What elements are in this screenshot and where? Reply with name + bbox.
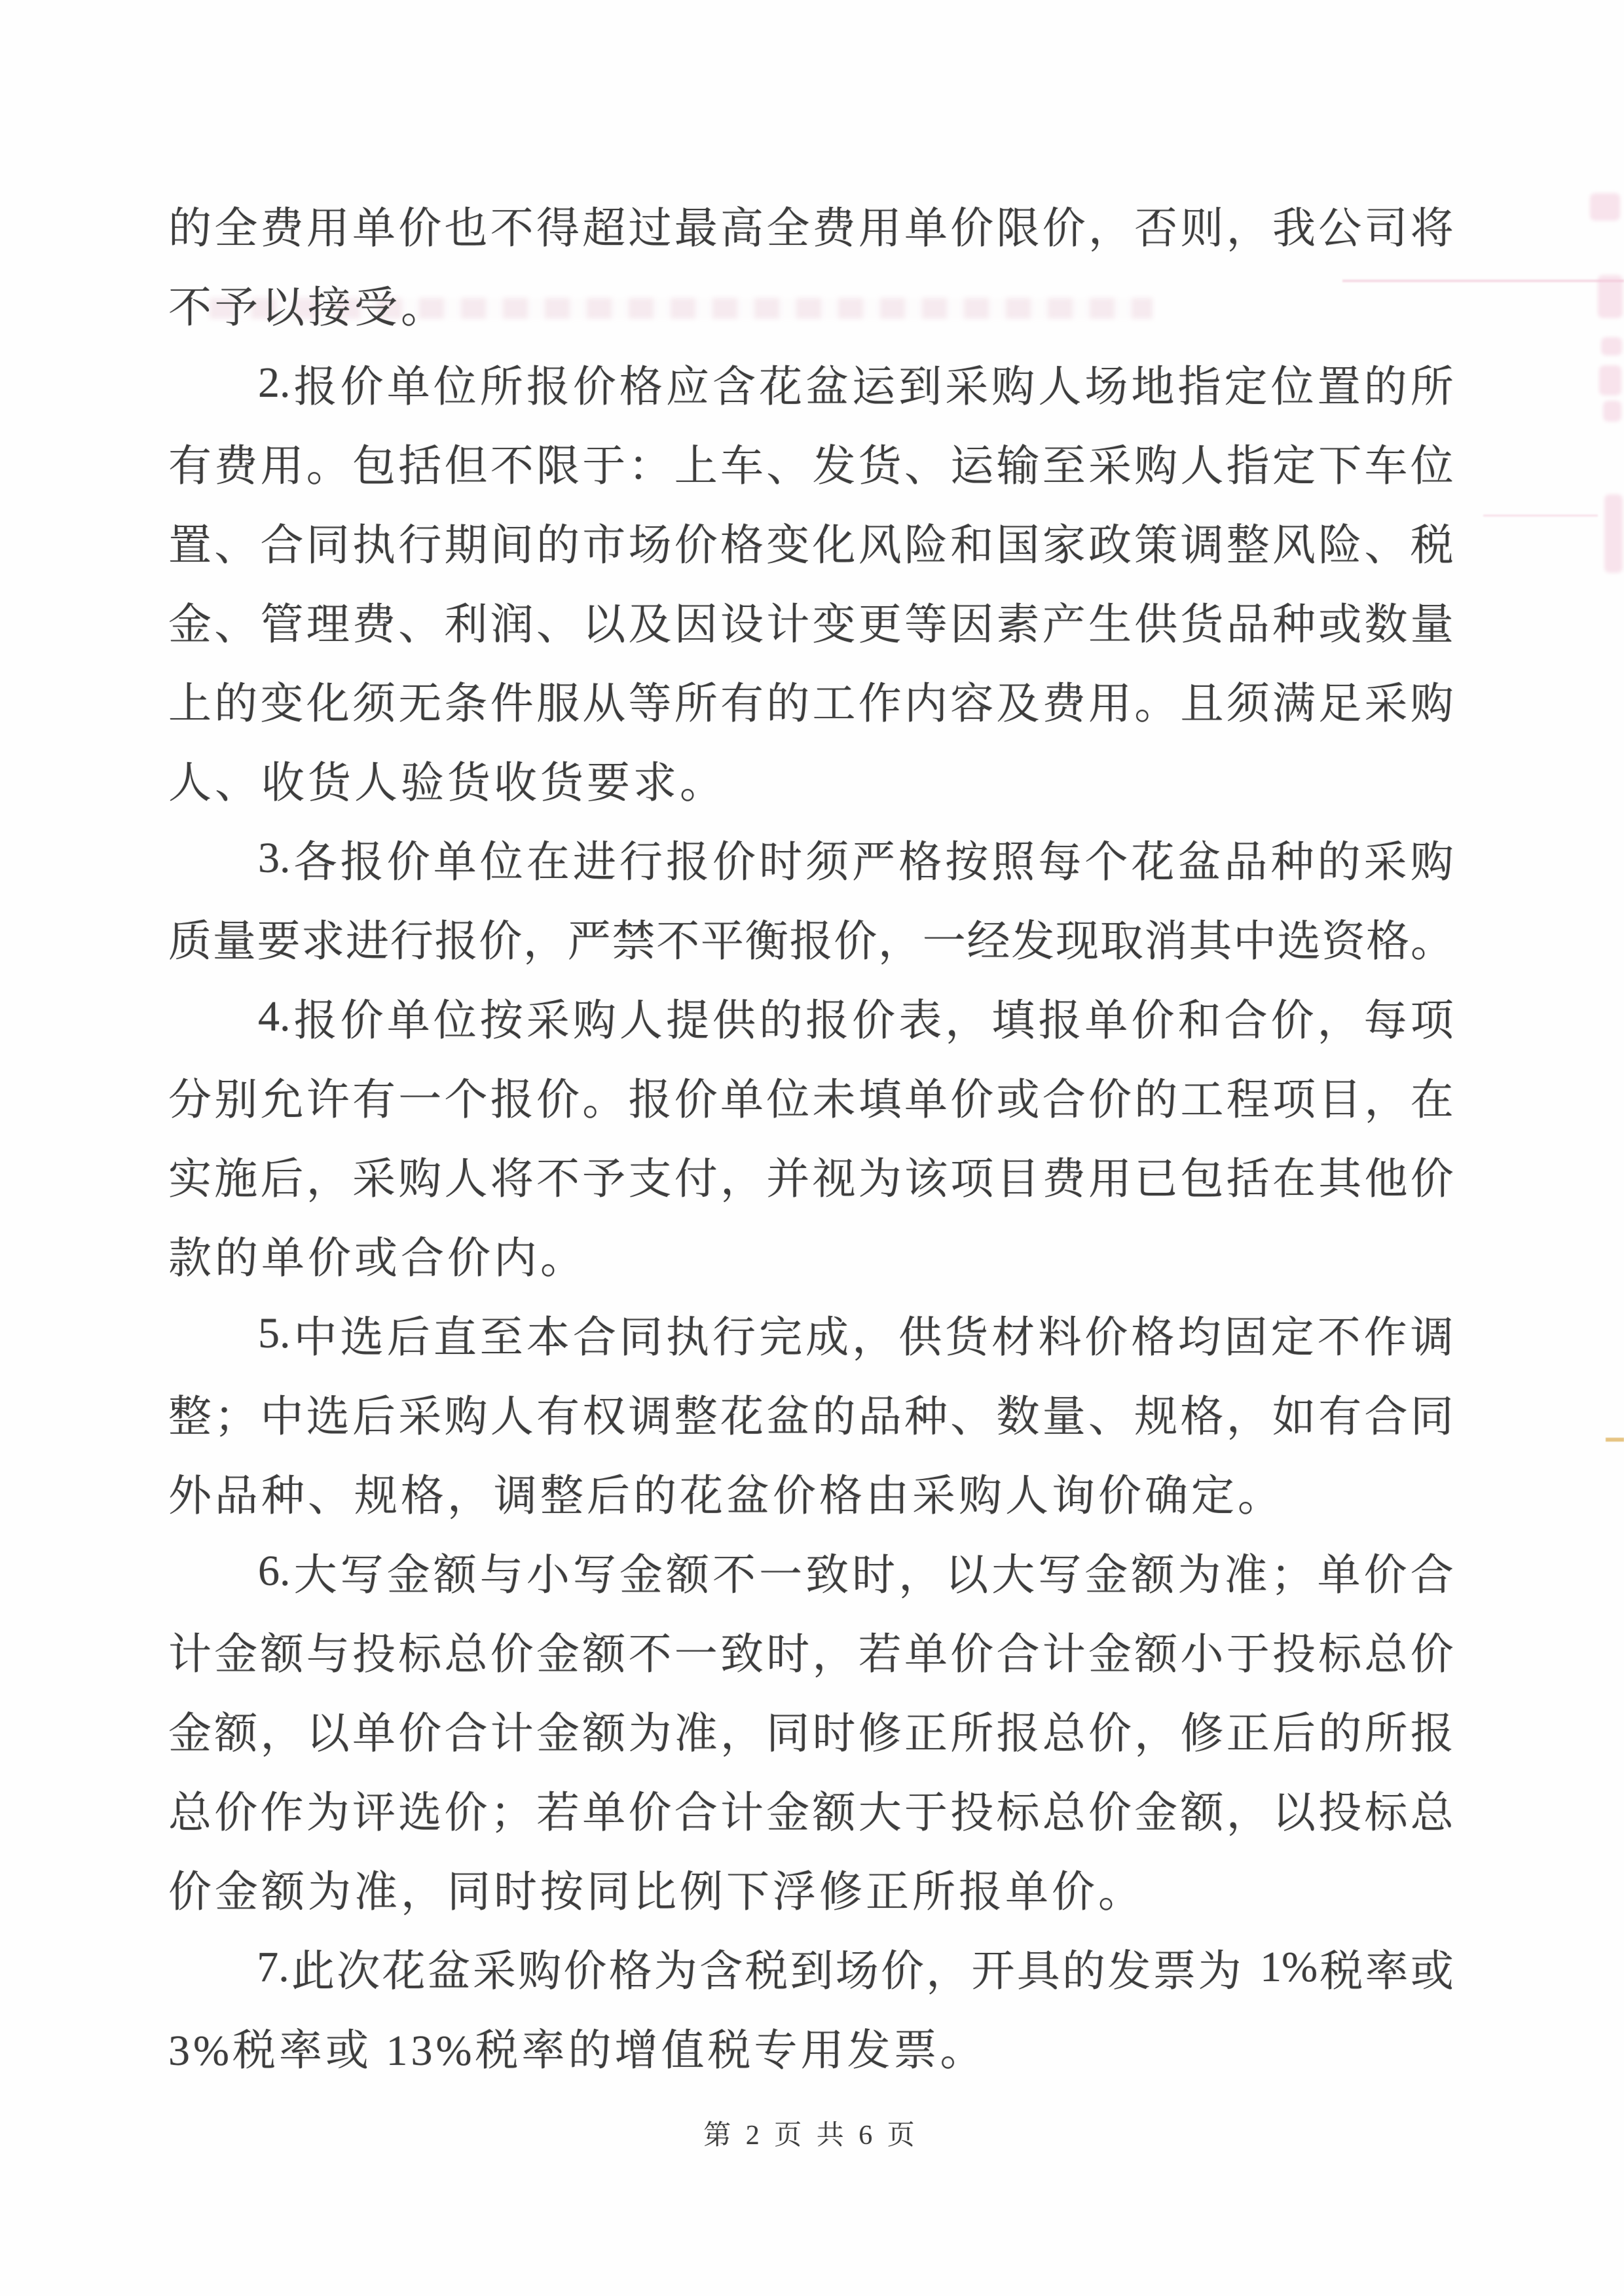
text-token: 其: [1189, 906, 1232, 968]
text-token: 否: [1134, 193, 1177, 255]
text-token: 含: [712, 352, 756, 414]
text-token: 完: [759, 1302, 802, 1364]
text-token: 允: [261, 1065, 304, 1127]
text-token: 价: [852, 985, 895, 1048]
text-token: 单: [904, 193, 948, 255]
text-token: 项: [950, 1144, 993, 1206]
text-token: 管: [261, 589, 304, 651]
text-token: 均: [1177, 1302, 1221, 1364]
text-token: 他: [1365, 1144, 1408, 1206]
text-token: 无: [398, 668, 441, 731]
text-token: 付: [674, 1144, 718, 1206]
text-token: 费: [261, 193, 304, 255]
text-token: ，: [720, 1144, 764, 1206]
text-token: 价: [445, 1777, 488, 1840]
text-token: 执: [666, 1302, 709, 1364]
text-token: 各: [294, 827, 337, 889]
text-token: 合: [573, 1302, 616, 1364]
text-line: 7.此次花盆采购价格为含税到场价，开具的发票为1%税率或: [168, 1927, 1454, 2007]
text-token: 所: [674, 668, 718, 731]
text-token: 工: [813, 668, 856, 731]
text-token: 或: [1411, 1936, 1454, 1998]
text-token: 采: [526, 985, 570, 1048]
text-token: ，: [261, 1698, 304, 1760]
text-token: 的: [1062, 1936, 1105, 1998]
text-token: 的: [759, 985, 802, 1048]
text-token: 额: [666, 1540, 709, 1602]
text-token: 大: [294, 1540, 337, 1602]
text-token: 单: [720, 1065, 764, 1127]
text-token: 合: [1411, 1540, 1454, 1602]
text-token: 严: [568, 906, 611, 968]
text-line: 实施后，采购人将不予支付，并视为该项目费用已包括在其他价: [168, 1135, 1454, 1214]
text-token: 每: [1364, 985, 1407, 1048]
text-token: 公: [1318, 193, 1361, 255]
text-token: 一: [674, 1619, 718, 1681]
text-line: 5.中选后直至本合同执行完成，供货材料价格均固定不作调: [168, 1294, 1454, 1373]
text-token: 单: [904, 1619, 948, 1681]
text-token: 价: [1271, 985, 1314, 1048]
text-token: 将: [490, 1144, 534, 1206]
text-token: 运: [950, 431, 993, 493]
text-token: 价: [674, 510, 718, 572]
text-token: 报: [341, 827, 384, 889]
text-token: 选: [398, 1777, 441, 1840]
text-token: 、: [536, 589, 580, 651]
text-token: 超: [582, 193, 625, 255]
text-token: 金: [387, 1540, 430, 1602]
text-token: 报: [294, 985, 337, 1048]
text-token: 费: [813, 193, 856, 255]
text-token: 及: [997, 668, 1040, 731]
text-token: 的: [766, 668, 809, 731]
text-token: 该: [904, 1144, 948, 1206]
text-token: 报: [1038, 985, 1081, 1048]
text-token: 司: [1365, 193, 1408, 255]
text-token: 价: [1411, 1144, 1454, 1206]
text-token: 此: [291, 1936, 335, 1998]
text-token: 额: [261, 1619, 304, 1681]
text-token: 格: [898, 827, 942, 889]
text-token: 的: [1318, 1698, 1361, 1760]
text-token: 采: [1088, 431, 1132, 493]
text-token: 报: [997, 1698, 1040, 1760]
text-token: 税: [1319, 1936, 1363, 1998]
text-token: 调: [1181, 510, 1224, 572]
text-token: 家: [1043, 510, 1086, 572]
text-token: 包: [1181, 1144, 1224, 1206]
text-token: 价: [1043, 193, 1086, 255]
text-token: 国: [997, 510, 1040, 572]
document-page: 的全费用单价也不得超过最高全费用单价限价，否则，我公司将不予以接受。2.报价单位…: [0, 0, 1624, 2296]
text-token: 以: [1272, 1777, 1316, 1840]
text-token: 有: [720, 668, 764, 731]
text-token: 格: [1181, 1381, 1224, 1444]
text-token: 所: [480, 352, 523, 414]
text-token: 政: [1088, 510, 1132, 572]
text-token: 作: [1364, 1302, 1407, 1364]
text-line: 分别允许有一个报价。报价单位未填单价或合价的工程项目，在: [168, 1056, 1454, 1135]
text-token: 用: [1088, 1144, 1132, 1206]
text-block: 的全费用单价也不得超过最高全费用单价限价，否则，我公司将不予以接受。2.报价单位…: [168, 185, 1454, 2086]
text-token: 工: [1181, 1065, 1224, 1127]
text-token: 购: [1411, 668, 1454, 731]
text-token: 货: [1181, 589, 1224, 651]
text-token: 包: [352, 431, 396, 493]
text-token: 标: [398, 1619, 441, 1681]
text-token: 一: [398, 1065, 441, 1127]
text-token: 人: [1038, 352, 1081, 414]
text-token: ；: [1271, 1540, 1314, 1602]
scan-bleed-blob: [1590, 193, 1620, 221]
text-token: 素: [997, 589, 1040, 651]
text-token: 禁: [612, 906, 655, 968]
text-token: 变: [261, 668, 304, 731]
text-token: 直: [434, 1302, 477, 1364]
text-token: 额: [813, 1777, 856, 1840]
text-token: 的: [1134, 1065, 1177, 1127]
text-token: 报: [629, 1065, 672, 1127]
text-line: 6.大写金额与小写金额不一致时，以大写金额为准；单价合: [168, 1531, 1454, 1611]
text-token: 金: [1084, 1540, 1128, 1602]
text-token: 单: [387, 352, 430, 414]
text-token: 场: [836, 1936, 879, 1998]
text-token: 种: [1271, 827, 1314, 889]
text-token: 时: [852, 1540, 895, 1602]
text-token: 在: [1411, 1065, 1454, 1127]
text-token: ，: [878, 906, 921, 968]
text-line: 3%税率或 13%税率的增值税专用发票。: [168, 2007, 1454, 2086]
text-token: 现: [1056, 906, 1099, 968]
text-token: 目: [997, 1144, 1040, 1206]
text-token: 至: [1043, 431, 1086, 493]
text-token: 风: [1272, 510, 1316, 572]
text-token: 价: [629, 1777, 672, 1840]
text-token: 整: [1227, 510, 1270, 572]
text-token: 变: [766, 510, 809, 572]
text-token: 4.: [258, 992, 291, 1042]
text-token: 到: [898, 352, 942, 414]
text-token: 标: [1365, 1777, 1408, 1840]
text-token: 价: [398, 193, 441, 255]
text-token: 价: [536, 1065, 580, 1127]
text-token: 大: [858, 1777, 902, 1840]
text-token: 价: [834, 906, 877, 968]
text-token: 置: [1318, 352, 1361, 414]
text-token: 在: [526, 827, 570, 889]
text-token: 6.: [258, 1546, 291, 1596]
text-token: 大: [991, 1540, 1035, 1602]
text-token: 地: [1131, 352, 1174, 414]
text-token: 括: [398, 431, 441, 493]
text-token: 置: [168, 510, 212, 572]
text-token: 量: [213, 906, 256, 968]
text-token: 平: [701, 906, 744, 968]
text-token: ，: [1227, 193, 1270, 255]
text-token: 小: [526, 1540, 570, 1602]
text-token: 也: [445, 193, 488, 255]
text-token: 修: [858, 1698, 902, 1760]
text-token: 并: [766, 1144, 809, 1206]
text-token: 限: [536, 431, 580, 493]
text-token: 照: [991, 827, 1035, 889]
text-token: 严: [852, 827, 895, 889]
text-token: 或: [997, 1065, 1040, 1127]
text-token: 价: [479, 906, 522, 968]
text-token: 价: [1088, 1065, 1132, 1127]
text-token: 的: [813, 1381, 856, 1444]
text-token: 价: [1131, 985, 1174, 1048]
text-token: 花: [1131, 827, 1174, 889]
text-token: 全: [766, 193, 809, 255]
text-token: 与: [480, 1540, 523, 1602]
text-token: 、: [766, 431, 809, 493]
text-token: 不: [490, 193, 534, 255]
text-token: 计: [766, 589, 809, 651]
text-token: 变: [813, 589, 856, 651]
text-token: 价: [950, 1619, 993, 1681]
text-token: 发: [1011, 906, 1054, 968]
text-token: 策: [1134, 510, 1177, 572]
text-token: 7.: [257, 1942, 289, 1992]
text-token: 发: [1107, 1936, 1151, 1998]
scan-bleed-blob: [1601, 337, 1622, 355]
text-token: 金: [168, 589, 212, 651]
text-token: 同: [766, 1698, 809, 1760]
text-token: 标: [997, 1777, 1040, 1840]
text-token: 位: [766, 1065, 809, 1127]
text-token: 报: [526, 352, 570, 414]
text-token: 、: [1365, 510, 1408, 572]
text-token: 价: [387, 827, 430, 889]
text-token: 数: [1365, 589, 1408, 651]
text-token: 修: [1181, 1698, 1224, 1760]
text-token: 盆: [766, 1381, 809, 1444]
text-token: 额: [1131, 1540, 1174, 1602]
text-token: 选: [306, 1381, 350, 1444]
text-line: 4.报价单位按采购人提供的报价表，填报单价和合价，每项: [168, 977, 1454, 1056]
text-line: 计金额与投标总价金额不一致时，若单价合计金额小于投标总价: [168, 1611, 1454, 1690]
text-token: 衡: [745, 906, 788, 968]
text-token: 总: [1411, 1777, 1454, 1840]
text-token: 时: [759, 827, 802, 889]
text-token: 准: [1225, 1540, 1268, 1602]
text-token: 格: [619, 352, 663, 414]
text-token: 视: [813, 1144, 856, 1206]
text-token: 整: [674, 1381, 718, 1444]
text-token: 分: [168, 1065, 212, 1127]
text-token: 数: [997, 1381, 1040, 1444]
text-token: 价: [881, 1936, 924, 1998]
text-token: 险: [904, 510, 948, 572]
text-token: 将: [1411, 193, 1454, 255]
text-token: 种: [904, 1381, 948, 1444]
text-token: 须: [352, 668, 396, 731]
text-token: 、: [1088, 1381, 1132, 1444]
text-line: 不予以接受。: [168, 264, 1454, 343]
text-token: 用: [858, 193, 902, 255]
text-token: 利: [445, 589, 488, 651]
text-token: 额: [1134, 1619, 1177, 1681]
text-token: 采: [352, 1144, 396, 1206]
text-token: 供: [898, 1302, 942, 1364]
text-token: 。: [306, 431, 350, 493]
text-token: 报: [435, 906, 478, 968]
text-token: 种: [1272, 589, 1316, 651]
text-token: 发: [813, 431, 856, 493]
text-token: 同: [306, 510, 350, 572]
text-token: 以: [582, 589, 625, 651]
text-token: 总: [168, 1777, 212, 1840]
text-token: 写: [341, 1540, 384, 1602]
text-token: 要: [257, 906, 301, 968]
text-token: 准: [674, 1698, 718, 1760]
text-token: 填: [991, 985, 1035, 1048]
text-token: 评: [352, 1777, 396, 1840]
text-token: 润: [490, 589, 534, 651]
text-token: 格: [720, 510, 764, 572]
text-token: 有: [168, 431, 212, 493]
text-token: 购: [1411, 827, 1454, 889]
text-token: 位: [480, 827, 523, 889]
text-token: 价: [341, 985, 384, 1048]
text-token: 行: [398, 510, 441, 572]
text-token: 供: [1134, 589, 1177, 651]
text-token: 从: [582, 668, 625, 731]
text-token: 品: [1225, 827, 1268, 889]
text-token: 为: [1177, 1540, 1221, 1602]
text-token: 购: [1134, 431, 1177, 493]
text-token: 价: [573, 352, 616, 414]
text-token: 得: [536, 193, 580, 255]
text-token: 提: [666, 985, 709, 1048]
scan-bleed-blob: [1603, 401, 1621, 422]
text-token: 单: [352, 193, 396, 255]
text-token: ，: [1318, 985, 1361, 1048]
text-token: ，: [306, 1144, 350, 1206]
text-token: 求: [301, 906, 344, 968]
text-token: 调: [1411, 1302, 1454, 1364]
text-token: 。: [1134, 668, 1177, 731]
text-token: ，: [523, 906, 566, 968]
scan-mark: [1606, 1438, 1624, 1442]
text-token: 高: [720, 193, 764, 255]
text-line: 外品种、规格，调整后的花盆价格由采购人询价确定。: [168, 1452, 1454, 1531]
scan-bleed-line: [1483, 515, 1598, 517]
text-token: 定: [1271, 1302, 1314, 1364]
text-token: 别: [214, 1065, 257, 1127]
text-token: 于: [582, 431, 625, 493]
text-token: 不: [712, 1540, 756, 1602]
text-token: 时: [766, 1619, 809, 1681]
text-token: 我: [1272, 193, 1316, 255]
text-token: 格: [1366, 906, 1409, 968]
text-token: 投: [1318, 1777, 1361, 1840]
text-token: 限: [997, 193, 1040, 255]
text-token: ：: [629, 431, 672, 493]
text-token: 计: [1043, 1619, 1086, 1681]
text-token: 其: [1318, 1144, 1361, 1206]
text-token: 金: [214, 1619, 257, 1681]
text-token: 质: [168, 906, 212, 968]
text-token: 定: [1272, 431, 1316, 493]
text-token: 人: [1181, 431, 1224, 493]
text-token: 写: [573, 1540, 616, 1602]
text-token: 于: [904, 1777, 948, 1840]
text-token: 有: [352, 1065, 396, 1127]
text-token: 计: [720, 1777, 764, 1840]
text-token: 本: [526, 1302, 570, 1364]
text-token: 满: [1272, 668, 1316, 731]
text-token: 不: [656, 906, 699, 968]
text-token: 、: [950, 1381, 993, 1444]
text-token: 购: [445, 1381, 488, 1444]
text-token: 场: [1084, 352, 1128, 414]
text-token: 金: [168, 1698, 212, 1760]
text-token: 进: [346, 906, 389, 968]
text-token: 予: [582, 1144, 625, 1206]
text-token: 税: [745, 1936, 788, 1998]
text-token: 合: [1365, 1381, 1408, 1444]
text-token: 容: [950, 668, 993, 731]
text-token: 且: [1181, 668, 1224, 731]
text-token: 单: [582, 1777, 625, 1840]
text-token: 价: [1364, 1540, 1407, 1602]
text-token: 险: [1318, 510, 1361, 572]
text-token: 的: [536, 510, 580, 572]
text-line: 置、合同执行期间的市场价格变化风险和国家政策调整风险、税: [168, 501, 1454, 581]
text-token: 采: [1364, 827, 1407, 889]
text-token: 有: [1318, 1381, 1361, 1444]
text-token: 花: [720, 1381, 764, 1444]
text-token: 一: [759, 1540, 802, 1602]
text-token: 每: [1038, 827, 1081, 889]
text-token: 进: [573, 827, 616, 889]
text-token: 人: [445, 1144, 488, 1206]
text-token: 若: [858, 1619, 902, 1681]
text-token: 时: [813, 1698, 856, 1760]
text-token: 取: [1100, 906, 1143, 968]
text-token: 调: [629, 1381, 672, 1444]
text-token: 内: [904, 668, 948, 731]
text-token: 价: [950, 193, 993, 255]
text-token: 行: [619, 827, 663, 889]
text-token: 致: [720, 1619, 764, 1681]
text-token: 规: [1134, 1381, 1177, 1444]
text-token: 应: [666, 352, 709, 414]
text-token: 不: [629, 1619, 672, 1681]
text-token: 填: [858, 1065, 902, 1127]
page-number: 第 2 页 共 6 页: [168, 2116, 1454, 2155]
text-token: 服: [536, 668, 580, 731]
text-token: 费: [1043, 1144, 1086, 1206]
text-token: 有: [536, 1381, 580, 1444]
text-line: 人、收货人验货收货要求。: [168, 739, 1454, 818]
text-token: 项: [1411, 985, 1454, 1048]
text-token: ；: [490, 1777, 534, 1840]
text-token: 盆: [428, 1936, 471, 1998]
text-token: 额: [214, 1698, 257, 1760]
text-token: 须: [1227, 668, 1270, 731]
text-token: 。: [582, 1065, 625, 1127]
text-token: 运: [852, 352, 895, 414]
text-token: 价: [712, 827, 756, 889]
text-token: 采: [1365, 668, 1408, 731]
text-token: 须: [805, 827, 849, 889]
text-token: 间: [490, 510, 534, 572]
text-token: 个: [1084, 827, 1128, 889]
text-token: 中: [261, 1381, 304, 1444]
